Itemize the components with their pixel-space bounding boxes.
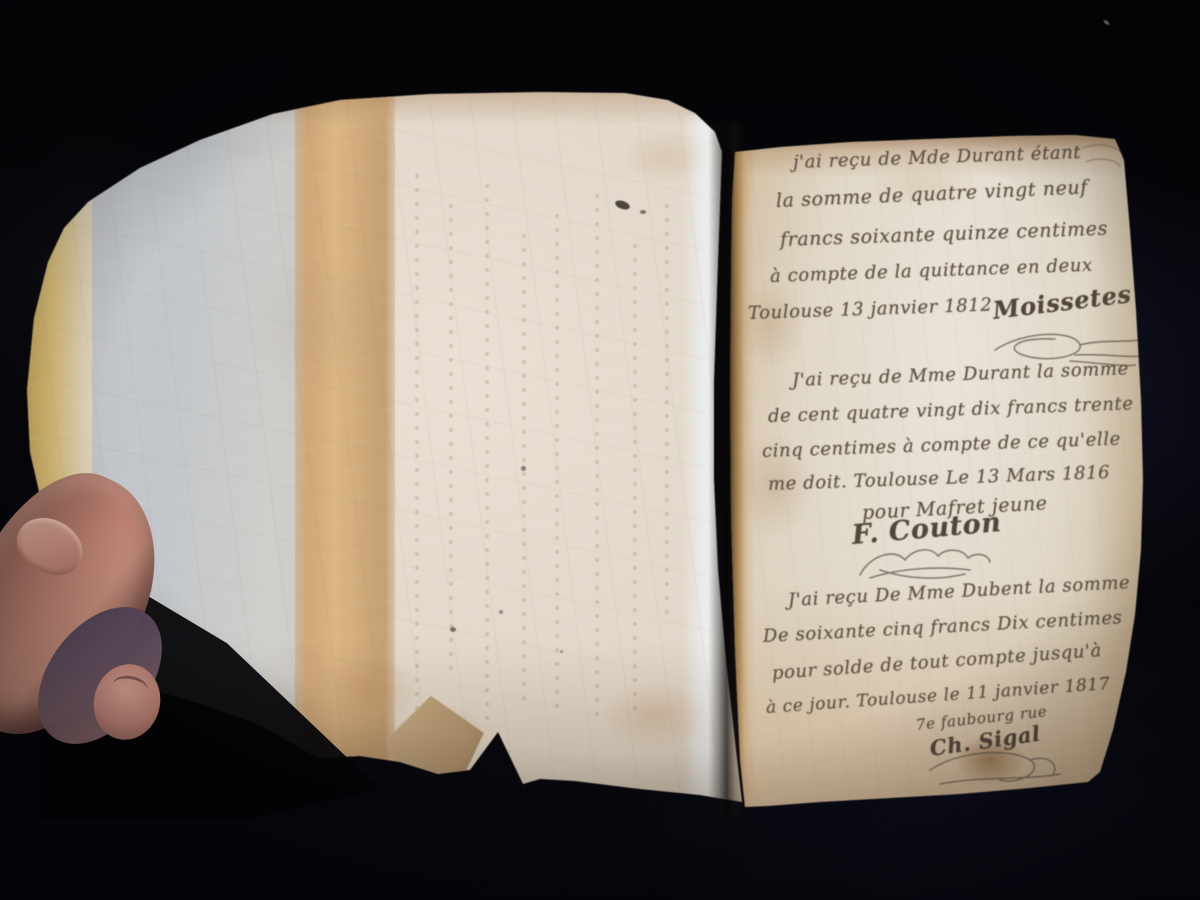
photo-antique-book: j'ai reçu de Mde Durant étant la somme d… xyxy=(0,0,1200,900)
hand xyxy=(0,0,1200,900)
